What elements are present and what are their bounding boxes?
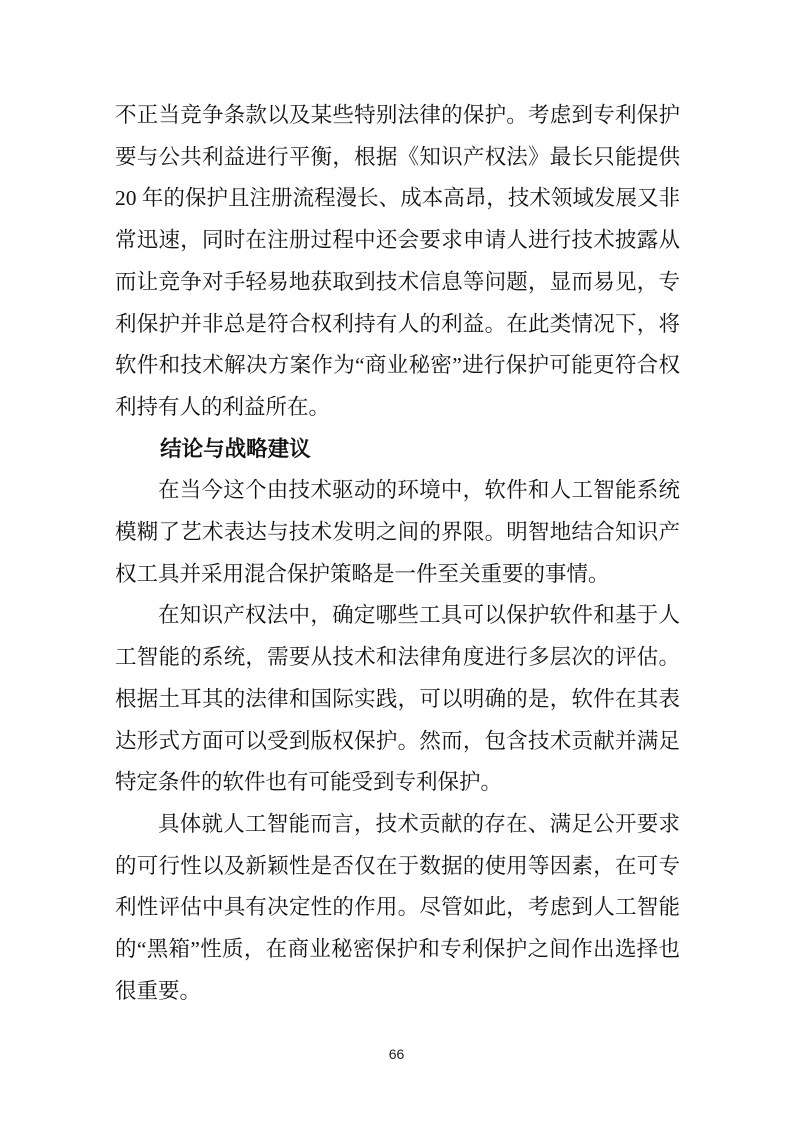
- page-number: 66: [0, 1046, 793, 1062]
- paragraph-3: 具体就人工智能而言，技术贡献的存在、满足公开要求的可行性以及新颖性是否仅在于数据…: [115, 804, 680, 1013]
- document-page: 不正当竞争条款以及某些特别法律的保护。考虑到专利保护要与公共利益进行平衡，根据《…: [0, 0, 793, 1122]
- page-content: 不正当竞争条款以及某些特别法律的保护。考虑到专利保护要与公共利益进行平衡，根据《…: [115, 95, 680, 1012]
- section-heading: 结论与战略建议: [115, 429, 680, 471]
- paragraph-2: 在知识产权法中，确定哪些工具可以保护软件和基于人工智能的系统，需要从技术和法律角…: [115, 595, 680, 804]
- continuation-paragraph: 不正当竞争条款以及某些特别法律的保护。考虑到专利保护要与公共利益进行平衡，根据《…: [115, 95, 680, 429]
- paragraph-1: 在当今这个由技术驱动的环境中，软件和人工智能系统模糊了艺术表达与技术发明之间的界…: [115, 470, 680, 595]
